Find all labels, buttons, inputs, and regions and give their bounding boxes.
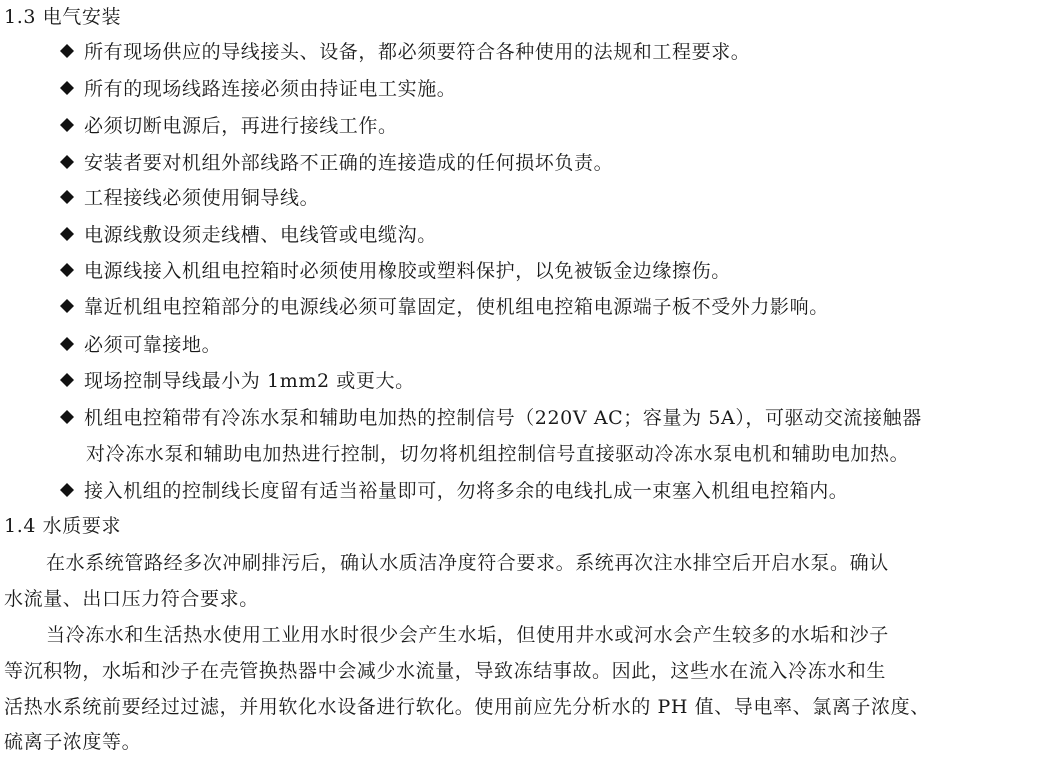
bullet-text: 必须切断电源后，再进行接线工作。 bbox=[84, 115, 398, 137]
diamond-bullet-icon bbox=[60, 118, 74, 132]
bullet-item: 安装者要对机组外部线路不正确的连接造成的任何损坏负责。 bbox=[60, 148, 613, 178]
bullet-text: 现场控制导线最小为 1mm2 或更大。 bbox=[84, 370, 415, 392]
paragraph-line: 在水系统管路经多次冲刷排污后，确认水质洁净度符合要求。系统再次注水排空后开启水泵… bbox=[46, 548, 889, 578]
diamond-bullet-icon bbox=[60, 373, 74, 387]
bullet-item: 现场控制导线最小为 1mm2 或更大。 bbox=[60, 366, 415, 396]
bullet-text: 电源线敷设须走线槽、电线管或电缆沟。 bbox=[84, 224, 437, 246]
bullet-text: 所有的现场线路连接必须由持证电工实施。 bbox=[84, 78, 456, 100]
bullet-text: 所有现场供应的导线接头、设备，都必须要符合各种使用的法规和工程要求。 bbox=[84, 41, 750, 63]
bullet-text: 安装者要对机组外部线路不正确的连接造成的任何损坏负责。 bbox=[84, 152, 613, 174]
bullet-text: 电源线接入机组电控箱时必须使用橡胶或塑料保护，以免被钣金边缘擦伤。 bbox=[84, 260, 731, 282]
bullet-item: 接入机组的控制线长度留有适当裕量即可，勿将多余的电线扎成一束塞入机组电控箱内。 bbox=[60, 476, 848, 506]
diamond-bullet-icon bbox=[60, 44, 74, 58]
diamond-bullet-icon bbox=[60, 299, 74, 313]
bullet-item: 电源线敷设须走线槽、电线管或电缆沟。 bbox=[60, 220, 437, 250]
paragraph-line: 硫离子浓度等。 bbox=[4, 727, 141, 757]
section-heading-1-3: 1.3 电气安装 bbox=[4, 2, 121, 32]
bullet-item: 工程接线必须使用铜导线。 bbox=[60, 183, 319, 213]
paragraph-line: 活热水系统前要经过过滤，并用软化水设备进行软化。使用前应先分析水的 PH 值、导… bbox=[4, 692, 930, 722]
diamond-bullet-icon bbox=[60, 483, 74, 497]
bullet-item: 机组电控箱带有冷冻水泵和辅助电加热的控制信号（220V AC；容量为 5A），可… bbox=[60, 403, 922, 433]
bullet-item: 靠近机组电控箱部分的电源线必须可靠固定，使机组电控箱电源端子板不受外力影响。 bbox=[60, 292, 829, 322]
bullet-text: 靠近机组电控箱部分的电源线必须可靠固定，使机组电控箱电源端子板不受外力影响。 bbox=[84, 296, 829, 318]
diamond-bullet-icon bbox=[60, 81, 74, 95]
bullet-continuation-text: 对冷冻水泵和辅助电加热进行控制，切勿将机组控制信号直接驱动冷冻水泵电机和辅助电加… bbox=[86, 439, 909, 469]
bullet-item: 电源线接入机组电控箱时必须使用橡胶或塑料保护，以免被钣金边缘擦伤。 bbox=[60, 256, 731, 286]
diamond-bullet-icon bbox=[60, 337, 74, 351]
bullet-item: 必须切断电源后，再进行接线工作。 bbox=[60, 111, 398, 141]
document-page: 1.3 电气安装 所有现场供应的导线接头、设备，都必须要符合各种使用的法规和工程… bbox=[0, 0, 1053, 759]
bullet-text: 接入机组的控制线长度留有适当裕量即可，勿将多余的电线扎成一束塞入机组电控箱内。 bbox=[84, 480, 848, 502]
diamond-bullet-icon bbox=[60, 155, 74, 169]
paragraph-line: 等沉积物，水垢和沙子在壳管换热器中会减少水流量，导致冻结事故。因此，这些水在流入… bbox=[4, 656, 886, 686]
paragraph-line: 水流量、出口压力符合要求。 bbox=[4, 584, 259, 614]
section-heading-1-4: 1.4 水质要求 bbox=[4, 511, 121, 541]
bullet-text: 工程接线必须使用铜导线。 bbox=[84, 187, 319, 209]
diamond-bullet-icon bbox=[60, 263, 74, 277]
diamond-bullet-icon bbox=[60, 190, 74, 204]
paragraph-line: 当冷冻水和生活热水使用工业用水时很少会产生水垢，但使用井水或河水会产生较多的水垢… bbox=[46, 620, 889, 650]
diamond-bullet-icon bbox=[60, 410, 74, 424]
bullet-item: 所有的现场线路连接必须由持证电工实施。 bbox=[60, 74, 456, 104]
bullet-item: 所有现场供应的导线接头、设备，都必须要符合各种使用的法规和工程要求。 bbox=[60, 37, 750, 67]
bullet-text: 机组电控箱带有冷冻水泵和辅助电加热的控制信号（220V AC；容量为 5A），可… bbox=[84, 407, 922, 429]
diamond-bullet-icon bbox=[60, 227, 74, 241]
bullet-item: 必须可靠接地。 bbox=[60, 330, 221, 360]
bullet-text: 必须可靠接地。 bbox=[84, 334, 221, 356]
